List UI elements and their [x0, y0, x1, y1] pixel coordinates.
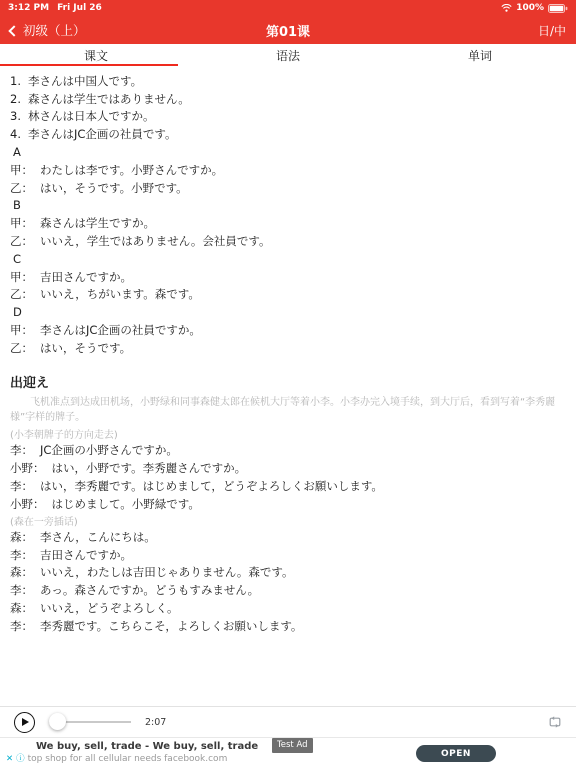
audio-progress-slider[interactable]	[49, 713, 131, 731]
lesson-content: 1. 李さんは中国人です。 2. 森さんは学生ではありません。 3. 林さんは日…	[0, 66, 576, 635]
status-date: Fri Jul 26	[57, 3, 102, 13]
line-text: はい，そうです。小野です。	[40, 180, 188, 196]
line-speaker: 乙：	[10, 340, 33, 356]
line-speaker: 小野：	[10, 496, 45, 512]
line-speaker: 森：	[10, 564, 33, 580]
tab[interactable]: 语法	[192, 44, 384, 66]
line-text: 森さんは学生ではありません。	[28, 91, 190, 107]
line-text: いいえ，わたしは吉田じゃありません。森です。	[40, 564, 293, 580]
tab-bar: 课文 语法 单词	[0, 44, 576, 66]
lesson-line: D	[10, 303, 566, 321]
test-ad-badge: Test Ad	[272, 738, 313, 753]
line-text: 李さんは中国人です。	[28, 73, 142, 89]
line-text: いいえ，学生ではありません。会社員です。	[40, 233, 270, 249]
line-text: はい，李秀麗です。はじめまして，どうぞよろしくお願いします。	[40, 478, 383, 494]
lesson-line: 乙： いいえ，ちがいます。森です。	[10, 286, 566, 304]
ad-title: We buy, sell, trade - We buy, sell, trad…	[36, 741, 258, 752]
lesson-line: 森： 李さん，こんにちは。	[10, 528, 566, 546]
line-text: はい，そうです。	[40, 340, 131, 356]
lesson-line: 森： いいえ，わたしは吉田じゃありません。森です。	[10, 564, 566, 582]
audio-duration: 2:07	[145, 717, 166, 728]
play-icon	[22, 718, 29, 726]
lesson-line: 李： JC企画の小野さんですか。	[10, 441, 566, 459]
repeat-button[interactable]	[548, 713, 562, 732]
lesson-line: 乙： はい，そうです。小野です。	[10, 179, 566, 197]
line-text: (小李朝牌子的方向走去)	[10, 426, 118, 441]
slider-knob[interactable]	[49, 713, 66, 730]
line-text: A	[13, 145, 21, 159]
lesson-line: (小李朝牌子的方向走去)	[10, 426, 566, 442]
tab-label: 课文	[84, 47, 108, 64]
play-button[interactable]	[14, 712, 35, 733]
status-time: 3:12 PM	[8, 3, 49, 13]
tab-label: 单词	[468, 47, 492, 64]
lesson-line: 乙： いいえ，学生ではありません。会社員です。	[10, 232, 566, 250]
lesson-line: 甲： 吉田さんですか。	[10, 268, 566, 286]
line-speaker: 乙：	[10, 233, 33, 249]
lesson-line: 乙： はい，そうです。	[10, 339, 566, 357]
line-text: あっ。森さんですか。どうもすみません。	[40, 582, 259, 598]
lesson-line: 出迎え	[10, 371, 566, 393]
line-speaker: 森：	[10, 600, 33, 616]
lesson-line: 4. 李さんはJC企画の社員です。	[10, 125, 566, 143]
ad-close-icon[interactable]: ✕	[6, 755, 13, 764]
wifi-icon	[501, 4, 512, 12]
line-text: はい，小野です。李秀麗さんですか。	[52, 460, 247, 476]
line-speaker: 甲：	[10, 215, 33, 231]
lesson-line: 3. 林さんは日本人ですか。	[10, 108, 566, 126]
lesson-line: A	[10, 143, 566, 161]
lesson-line: 1. 李さんは中国人です。	[10, 72, 566, 90]
line-speaker: 甲：	[10, 322, 33, 338]
line-text: いいえ，どうぞよろしく。	[40, 600, 178, 616]
line-speaker: 甲：	[10, 162, 33, 178]
battery-icon	[548, 4, 568, 13]
lesson-line: (森在一旁插话)	[10, 512, 566, 528]
line-text: 李さんはJC企画の社員です。	[28, 126, 177, 142]
app-screen: 3:12 PM Fri Jul 26 100%	[0, 0, 576, 768]
language-toggle-button[interactable]: 日/中	[538, 22, 566, 39]
line-text: わたしは李です。小野さんですか。	[40, 162, 223, 178]
audio-player: 2:07	[0, 706, 576, 737]
lesson-line: 甲： 森さんは学生ですか。	[10, 214, 566, 232]
lesson-line: 2. 森さんは学生ではありません。	[10, 90, 566, 108]
line-speaker: 森：	[10, 529, 33, 545]
line-speaker: 小野：	[10, 460, 45, 476]
lesson-line: 甲： 李さんはJC企画の社員ですか。	[10, 321, 566, 339]
tab-label: 语法	[276, 47, 300, 64]
line-text: C	[13, 252, 21, 266]
line-speaker: 李：	[10, 442, 33, 458]
line-text: 吉田さんですか。	[40, 547, 132, 563]
lesson-line: 李： 吉田さんですか。	[10, 546, 566, 564]
back-label: 初级（上）	[23, 21, 86, 39]
line-text: 李秀麗です。こちらこそ，よろしくお願いします。	[40, 618, 302, 634]
line-text: 李さん，こんにちは。	[40, 529, 156, 545]
line-number: 4.	[10, 127, 28, 141]
line-number: 3.	[10, 109, 28, 123]
line-text: D	[13, 305, 22, 319]
line-number: 1.	[10, 74, 28, 88]
line-speaker: 乙：	[10, 180, 33, 196]
lesson-line: 李： 李秀麗です。こちらこそ，よろしくお願いします。	[10, 617, 566, 635]
lesson-line: 小野： はじめまして。小野緑です。	[10, 495, 566, 513]
lesson-line: 李： あっ。森さんですか。どうもすみません。	[10, 581, 566, 599]
lesson-line: 甲： わたしは李です。小野さんですか。	[10, 161, 566, 179]
battery-percent: 100%	[516, 3, 544, 13]
line-text: いいえ，ちがいます。森です。	[40, 286, 200, 302]
line-text: 飞机准点到达成田机场，小野绿和同事森健太郎在候机大厅等着小李。小李办完入境手续，…	[10, 397, 555, 424]
line-number: 2.	[10, 92, 28, 106]
lesson-line: C	[10, 250, 566, 268]
line-speaker: 李：	[10, 582, 33, 598]
tab[interactable]: 单词	[384, 44, 576, 66]
chevron-left-icon	[8, 25, 19, 36]
status-bar: 3:12 PM Fri Jul 26 100%	[0, 0, 576, 16]
back-button[interactable]: 初级（上）	[10, 21, 86, 39]
line-speaker: 乙：	[10, 286, 33, 302]
ad-subtitle: top shop for all cellular needs facebook…	[28, 754, 228, 764]
line-speaker: 李：	[10, 547, 33, 563]
lesson-line: 飞机准点到达成田机场，小野绿和同事森健太郎在候机大厅等着小李。小李办完入境手续，…	[10, 395, 566, 426]
ad-choices-icon[interactable]: ⓘ	[16, 755, 25, 764]
ad-open-button[interactable]: OPEN	[416, 745, 496, 762]
line-text: 林さんは日本人ですか。	[28, 108, 155, 124]
line-text: JC企画の小野さんですか。	[40, 442, 178, 458]
line-text: 出迎え	[10, 372, 49, 391]
lesson-line: 李： はい，李秀麗です。はじめまして，どうぞよろしくお願いします。	[10, 477, 566, 495]
lesson-line: B	[10, 197, 566, 215]
ad-banner[interactable]: We buy, sell, trade - We buy, sell, trad…	[0, 737, 576, 768]
line-text: B	[13, 198, 21, 212]
page-title: 第01课	[0, 21, 576, 40]
lesson-line: 小野： はい，小野です。李秀麗さんですか。	[10, 459, 566, 477]
line-text: 吉田さんですか。	[40, 269, 132, 285]
nav-bar: 初级（上） 第01课 日/中	[0, 16, 576, 44]
line-speaker: 李：	[10, 478, 33, 494]
line-text: 森さんは学生ですか。	[40, 215, 155, 231]
tab[interactable]: 课文	[0, 44, 192, 66]
line-speaker: 甲：	[10, 269, 33, 285]
repeat-icon	[548, 713, 562, 732]
lesson-line: 森： いいえ，どうぞよろしく。	[10, 599, 566, 617]
line-text: (森在一旁插话)	[10, 513, 78, 528]
line-speaker: 李：	[10, 618, 33, 634]
line-text: はじめまして。小野緑です。	[52, 496, 200, 512]
line-text: 李さんはJC企画の社員ですか。	[40, 322, 201, 338]
